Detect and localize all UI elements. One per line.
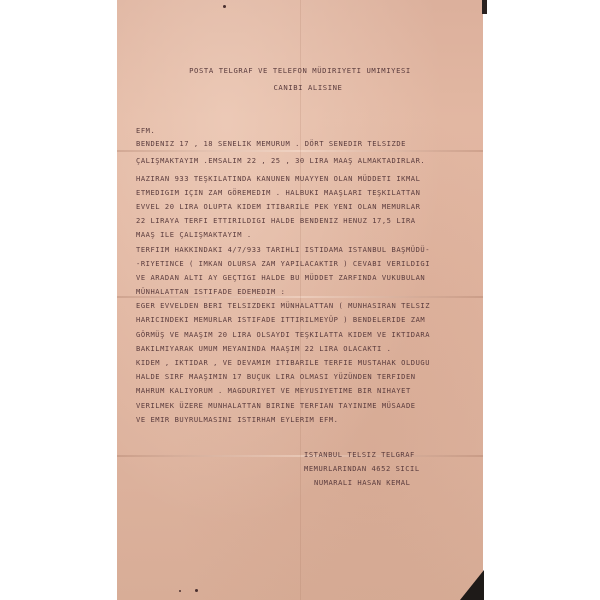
body-line: HAZIRAN 933 TEŞKILATINDA KANUNEN MUAYYEN… (136, 172, 430, 186)
body-line: VE ARADAN ALTI AY GEÇTIGI HALDE BU MÜDDE… (136, 271, 430, 285)
letter-body: EFM. BENDENIZ 17 , 18 SENELIK MEMURUM . … (136, 124, 430, 427)
body-line: KIDEM , IKTIDAR , VE DEVAMIM ITIBARILE T… (136, 356, 430, 370)
body-line: EGER EVVELDEN BERI TELSIZDEKI MÜNHALATTA… (136, 299, 430, 313)
body-line: HARICINDEKI MEMURLAR ISTIFADE ITTIRILMEY… (136, 313, 430, 327)
body-line: MÜNHALATTAN ISTIFADE EDEMEDIM : (136, 285, 430, 299)
body-line: EFM. (136, 124, 430, 138)
body-line: ETMEDIGIM IÇIN ZAM GÖREMEDIM . HALBUKI M… (136, 186, 430, 200)
paper-corner-shadow (460, 570, 484, 600)
body-line: -RIYETINCE ( IMKAN OLURSA ZAM YAPILACAKT… (136, 257, 430, 271)
body-line: GÖRMÜŞ VE MAAŞIM 20 LIRA OLSAYDI TEŞKILA… (136, 328, 430, 342)
body-line: 22 LIRAYA TERFI ETTIRILDIGI HALDE BENDEN… (136, 214, 430, 228)
signature-line: NUMARALI HASAN KEMAL (304, 476, 420, 490)
body-line: VERILMEK ÜZERE MUNHALATTAN BIRINE TERFIA… (136, 399, 430, 413)
body-line: MAHRUM KALIYORUM . MAGDURIYET VE MEYUSIY… (136, 384, 430, 398)
letter-header-line-2: CANIBI ALISINE (125, 83, 483, 92)
ink-speck (195, 589, 198, 592)
body-line: ÇALIŞMAKTAYIM .EMSALIM 22 , 25 , 30 LIRA… (136, 154, 430, 168)
ink-speck (179, 590, 181, 592)
paper-edge-shadow (482, 0, 487, 14)
body-line: MAAŞ ILE ÇALIŞMAKTAYIM . (136, 228, 430, 242)
signature-line: ISTANBUL TELSIZ TELGRAF (304, 448, 420, 462)
body-line: BAKILMIYARAK UMUM MEYANINDA MAAŞIM 22 LI… (136, 342, 430, 356)
body-line: BENDENIZ 17 , 18 SENELIK MEMURUM . DÖRT … (136, 137, 430, 151)
signature-line: MEMURLARINDAN 4652 SICIL (304, 462, 420, 476)
body-line: EVVEL 20 LIRA OLUPTA KIDEM ITIBARILE PEK… (136, 200, 430, 214)
letter-header-line-1: POSTA TELGRAF VE TELEFON MÜDIRIYETI UMIM… (117, 66, 483, 75)
body-line: HALDE SIRF MAAŞIMIN 17 BUÇUK LIRA OLMASI… (136, 370, 430, 384)
signature-block: ISTANBUL TELSIZ TELGRAF MEMURLARINDAN 46… (304, 448, 420, 490)
letter-paper: POSTA TELGRAF VE TELEFON MÜDIRIYETI UMIM… (117, 0, 483, 600)
body-line: TERFIIM HAKKINDAKI 4/7/933 TARIHLI ISTID… (136, 243, 430, 257)
ink-speck (223, 5, 226, 8)
body-line: VE EMIR BUYRULMASINI ISTIRHAM EYLERIM EF… (136, 413, 430, 427)
